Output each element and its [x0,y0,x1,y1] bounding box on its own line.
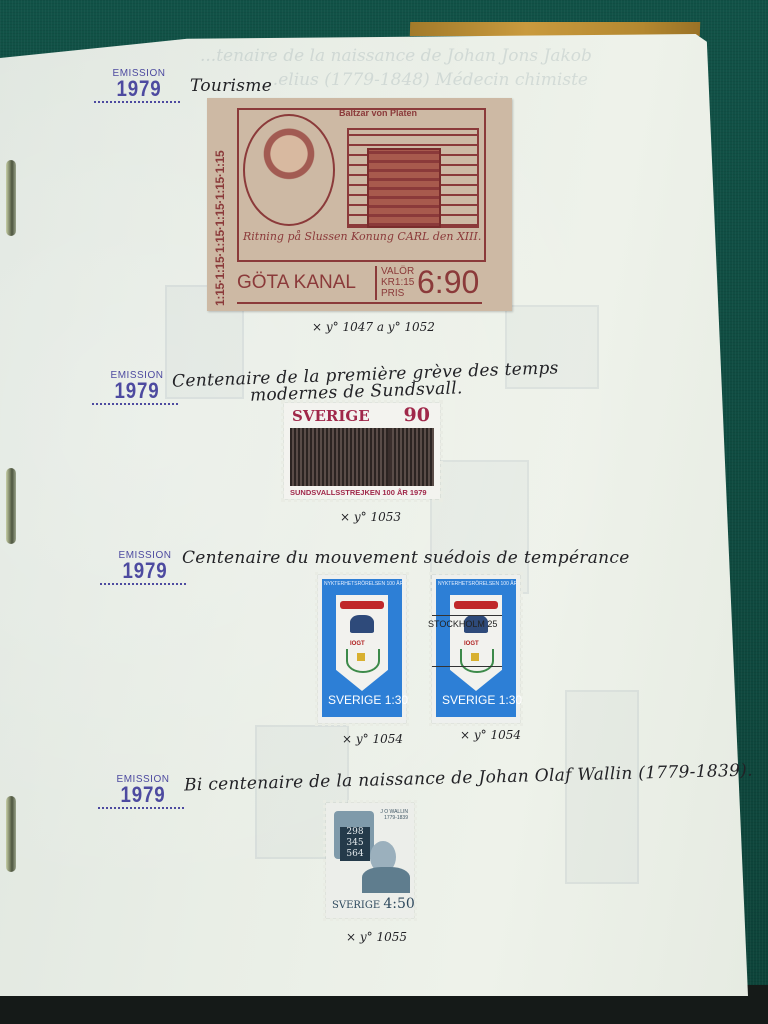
temperance-stamp-used: NYKTERHETSRÖRELSEN 100 ÅR IOGT SVERIGE 1… [432,575,520,723]
show-through-text: ...elius (1779-1848) Médecin chimiste [262,70,588,90]
portrait-image [243,114,335,226]
emission-stamp: EMISSION 1979 [94,68,184,103]
emission-stamp: EMISSION 1979 [98,774,188,809]
section-title: Tourisme [190,76,272,96]
strike-scene-image [290,428,434,486]
emission-stamp: EMISSION 1979 [100,550,190,585]
binder-hole [6,796,16,872]
catalog-reference: × y° 1054 [342,732,403,746]
hymn-number-tablet: 298 345 564 [340,827,370,861]
binder-hole [6,468,16,544]
gota-kanal-booklet: 1:15·1:15·1:15·1:15·1:15·1:15 Baltzar vo… [207,98,512,311]
temperance-stamp-mint: NYKTERHETSRÖRELSEN 100 ÅR IOGT SVERIGE 1… [318,575,406,723]
section-title: Centenaire du mouvement suédois de tempé… [182,548,630,568]
catalog-reference: × y° 1055 [346,930,407,944]
show-through-text: ...tenaire de la naissance de Johan Jons… [200,46,592,66]
catalog-reference: × y° 1053 [340,510,401,524]
catalog-reference: × y° 1047 a y° 1052 [312,320,435,334]
catalog-reference: × y° 1054 [460,728,521,742]
binder-hole [6,160,16,236]
page-gilt-edge [410,22,700,36]
sundsvall-stamp: SVERIGE 90 SUNDSVALLSSTREJKEN 100 ÅR 197… [284,403,440,499]
emission-stamp: EMISSION 1979 [92,370,182,405]
wallin-stamp: 298 345 564 J O WALLIN1779-1839 SVERIGE … [326,803,414,918]
